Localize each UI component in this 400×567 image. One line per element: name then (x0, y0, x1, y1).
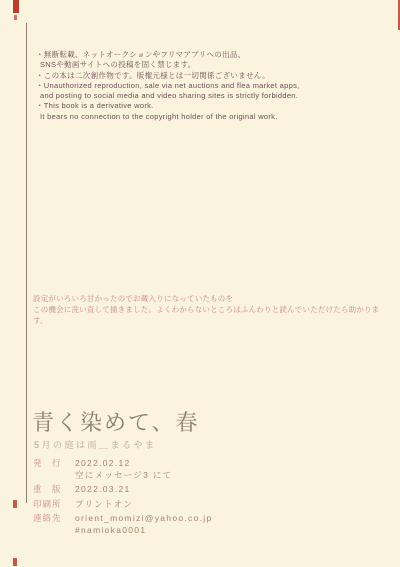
colophon-value: 2022.02.12 空にメッセージ3 にて (75, 458, 172, 481)
scan-bleed-mark (14, 15, 17, 20)
colophon-row-contact: 連絡先 orient_momizi@yahoo.co.jp #namioka00… (33, 513, 363, 536)
disclaimer-line: It bears no connection to the copyright … (36, 112, 366, 122)
colophon-info: 発 行 2022.02.12 空にメッセージ3 にて 重 版 2022.03.2… (33, 458, 363, 539)
book-title: 青く染めて、春 (32, 406, 200, 437)
colophon-value: 2022.03.21 (75, 484, 131, 496)
printer-name: プリントオン (75, 499, 133, 511)
left-margin-line (26, 23, 27, 503)
contact-email: orient_momizi@yahoo.co.jp (75, 513, 213, 525)
scan-bleed-mark (13, 558, 17, 566)
disclaimer-line: ・Unauthorized reproduction, sale via net… (36, 81, 366, 91)
book-subtitle: 5月の庭は雨＿まるやま (34, 438, 157, 451)
disclaimer-line: SNSや動画サイトへの投稿を固く禁じます。 (36, 60, 366, 70)
scan-bleed-mark (13, 500, 17, 508)
disclaimer-line: ・この本は二次創作物です。版権元様とは一切関係ございません。 (36, 71, 366, 81)
disclaimer-line: ・無断転載、ネットオークションやフリマアプリへの出品、 (36, 50, 366, 60)
colophon-row-reprint: 重 版 2022.03.21 (33, 484, 363, 496)
colophon-value: プリントオン (75, 499, 133, 511)
colophon-row-printer: 印刷所 プリントオン (33, 499, 363, 511)
author-note-line: 設定がいろいろ甘かったのでお蔵入りになっていたものを (33, 293, 393, 304)
colophon-label: 重 版 (33, 484, 75, 496)
disclaimer-line: and posting to social media and video sh… (36, 91, 366, 101)
disclaimer-block: ・無断転載、ネットオークションやフリマアプリへの出品、 SNSや動画サイトへの投… (36, 50, 366, 122)
publication-date: 2022.02.12 (75, 458, 172, 470)
author-note-line: この機会に洗い直して描きました。よくわからないところはふんわりと読んでいただけた… (33, 304, 393, 326)
colophon-label: 連絡先 (33, 513, 75, 536)
publication-event: 空にメッセージ3 にて (75, 470, 172, 482)
colophon-row-publication: 発 行 2022.02.12 空にメッセージ3 にて (33, 458, 363, 481)
colophon-label: 印刷所 (33, 499, 75, 511)
contact-handle: #namioka0001 (75, 525, 213, 537)
reprint-date: 2022.03.21 (75, 484, 131, 496)
scan-bleed-mark (13, 0, 19, 13)
scanned-colophon-page: ・無断転載、ネットオークションやフリマアプリへの出品、 SNSや動画サイトへの投… (0, 0, 400, 567)
author-note-block: 設定がいろいろ甘かったのでお蔵入りになっていたものを この機会に洗い直して描きま… (33, 293, 393, 326)
disclaimer-line: ・This book is a derivative work. (36, 101, 366, 111)
colophon-value: orient_momizi@yahoo.co.jp #namioka0001 (75, 513, 213, 536)
colophon-label: 発 行 (33, 458, 75, 481)
